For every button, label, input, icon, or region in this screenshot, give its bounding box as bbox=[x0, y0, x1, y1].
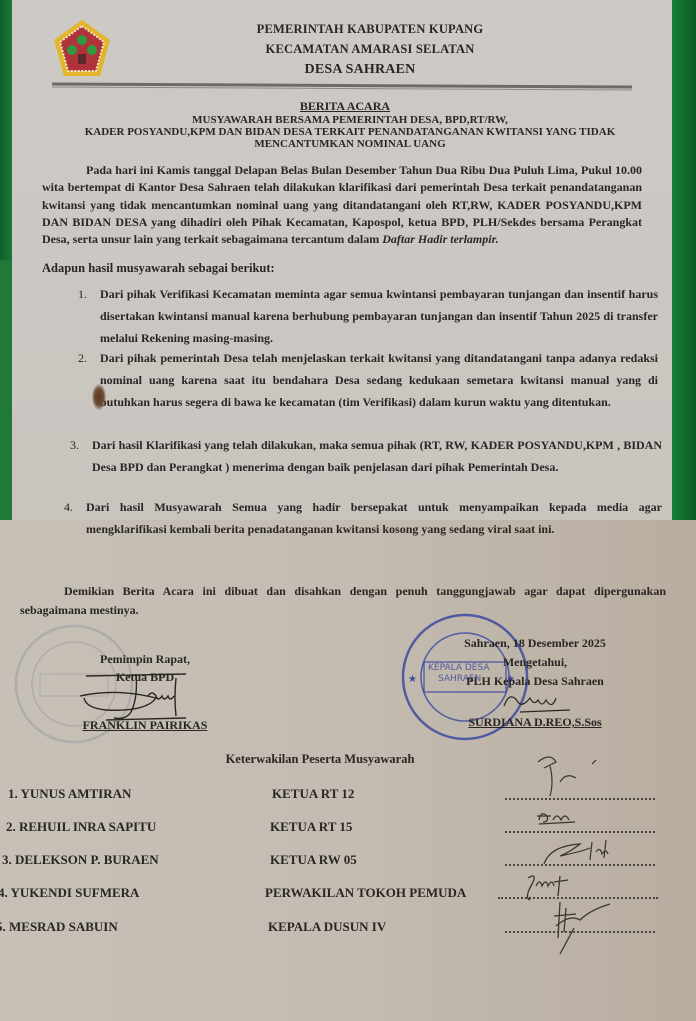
signature-place-date: Sahraen, 18 Desember 2025 bbox=[420, 634, 650, 653]
participant-role: PERWAKILAN TOKOH PEMUDA bbox=[265, 885, 466, 901]
signature-left-role1: Pemimpin Rapat, bbox=[60, 650, 230, 668]
intro-text: Pada hari ini Kamis tanggal Delapan Bela… bbox=[42, 163, 642, 246]
result-item: 3. Dari hasil Klarifikasi yang telah dil… bbox=[72, 434, 662, 478]
participant-name: 2. REHUIL INRA SAPITU bbox=[6, 819, 156, 835]
signature-right-role1: Mengetahui, bbox=[420, 653, 650, 672]
participant-role: KETUA RT 15 bbox=[270, 819, 352, 835]
handwritten-signature-participant-5 bbox=[550, 898, 620, 963]
result-text: Dari hasil Musyawarah Semua yang hadir b… bbox=[66, 496, 662, 540]
document-subtitle-line2: KADER POSYANDU,KPM DAN BIDAN DESA TERKAI… bbox=[40, 126, 660, 138]
ink-stain bbox=[92, 384, 106, 410]
closing-paragraph: Demikian Berita Acara ini dibuat dan dis… bbox=[20, 582, 666, 620]
result-number: 3. bbox=[70, 434, 79, 456]
handwritten-signature-left bbox=[76, 668, 206, 733]
result-item: 2. Dari pihak pemerintah Desa telah menj… bbox=[80, 347, 658, 413]
green-background-left bbox=[0, 0, 12, 260]
result-text: Dari hasil Klarifikasi yang telah dilaku… bbox=[72, 434, 662, 478]
participants-heading: Keterwakilan Peserta Musyawarah bbox=[200, 752, 440, 767]
green-background-right bbox=[672, 0, 696, 520]
result-text: Dari pihak pemerintah Desa telah menjela… bbox=[80, 347, 658, 413]
letterhead-district: KECAMATAN AMARASI SELATAN bbox=[180, 42, 560, 57]
participant-role: KEPALA DUSUN IV bbox=[268, 919, 386, 935]
svg-text:★: ★ bbox=[408, 674, 417, 685]
participant-name: 3. DELEKSON P. BURAEN bbox=[2, 852, 159, 868]
participant-name: 5. MESRAD SABUIN bbox=[0, 919, 118, 935]
result-number: 1. bbox=[78, 283, 87, 305]
document-subtitle-line3: MENCANTUMKAN NOMINAL UANG bbox=[40, 138, 660, 150]
intro-attachment-note: Daftar Hadir terlampir. bbox=[382, 232, 498, 246]
results-intro: Adapun hasil musyawarah sebagai berikut: bbox=[42, 261, 275, 276]
participant-role: KETUA RW 05 bbox=[270, 852, 357, 868]
document-subtitle-line1: MUSYAWARAH BERSAMA PEMERINTAH DESA, BPD,… bbox=[40, 114, 660, 126]
handwritten-signature-participant-1 bbox=[530, 752, 610, 807]
intro-paragraph: Pada hari ini Kamis tanggal Delapan Bela… bbox=[42, 162, 642, 248]
letterhead-regency: PEMERINTAH KABUPATEN KUPANG bbox=[180, 22, 560, 37]
handwritten-signature-right bbox=[500, 686, 580, 721]
document-title: BERITA ACARA bbox=[200, 99, 490, 114]
result-item: 4. Dari hasil Musyawarah Semua yang hadi… bbox=[66, 496, 662, 540]
participant-role: KETUA RT 12 bbox=[272, 786, 354, 802]
result-number: 2. bbox=[78, 347, 87, 369]
handwritten-signature-participant-2 bbox=[535, 808, 585, 833]
closing-text: Demikian Berita Acara ini dibuat dan dis… bbox=[20, 584, 666, 617]
participant-name: 1. YUNUS AMTIRAN bbox=[8, 786, 131, 802]
handwritten-signature-participant-3 bbox=[540, 838, 620, 873]
result-number: 4. bbox=[64, 496, 73, 518]
participant-name: 4. YUKENDI SUFMERA bbox=[0, 885, 139, 901]
regency-emblem-icon bbox=[52, 18, 112, 80]
result-text: Dari pihak Verifikasi Kecamatan meminta … bbox=[80, 283, 658, 349]
letterhead-village: DESA SAHRAEN bbox=[180, 62, 540, 78]
result-item: 1. Dari pihak Verifikasi Kecamatan memin… bbox=[80, 283, 658, 349]
